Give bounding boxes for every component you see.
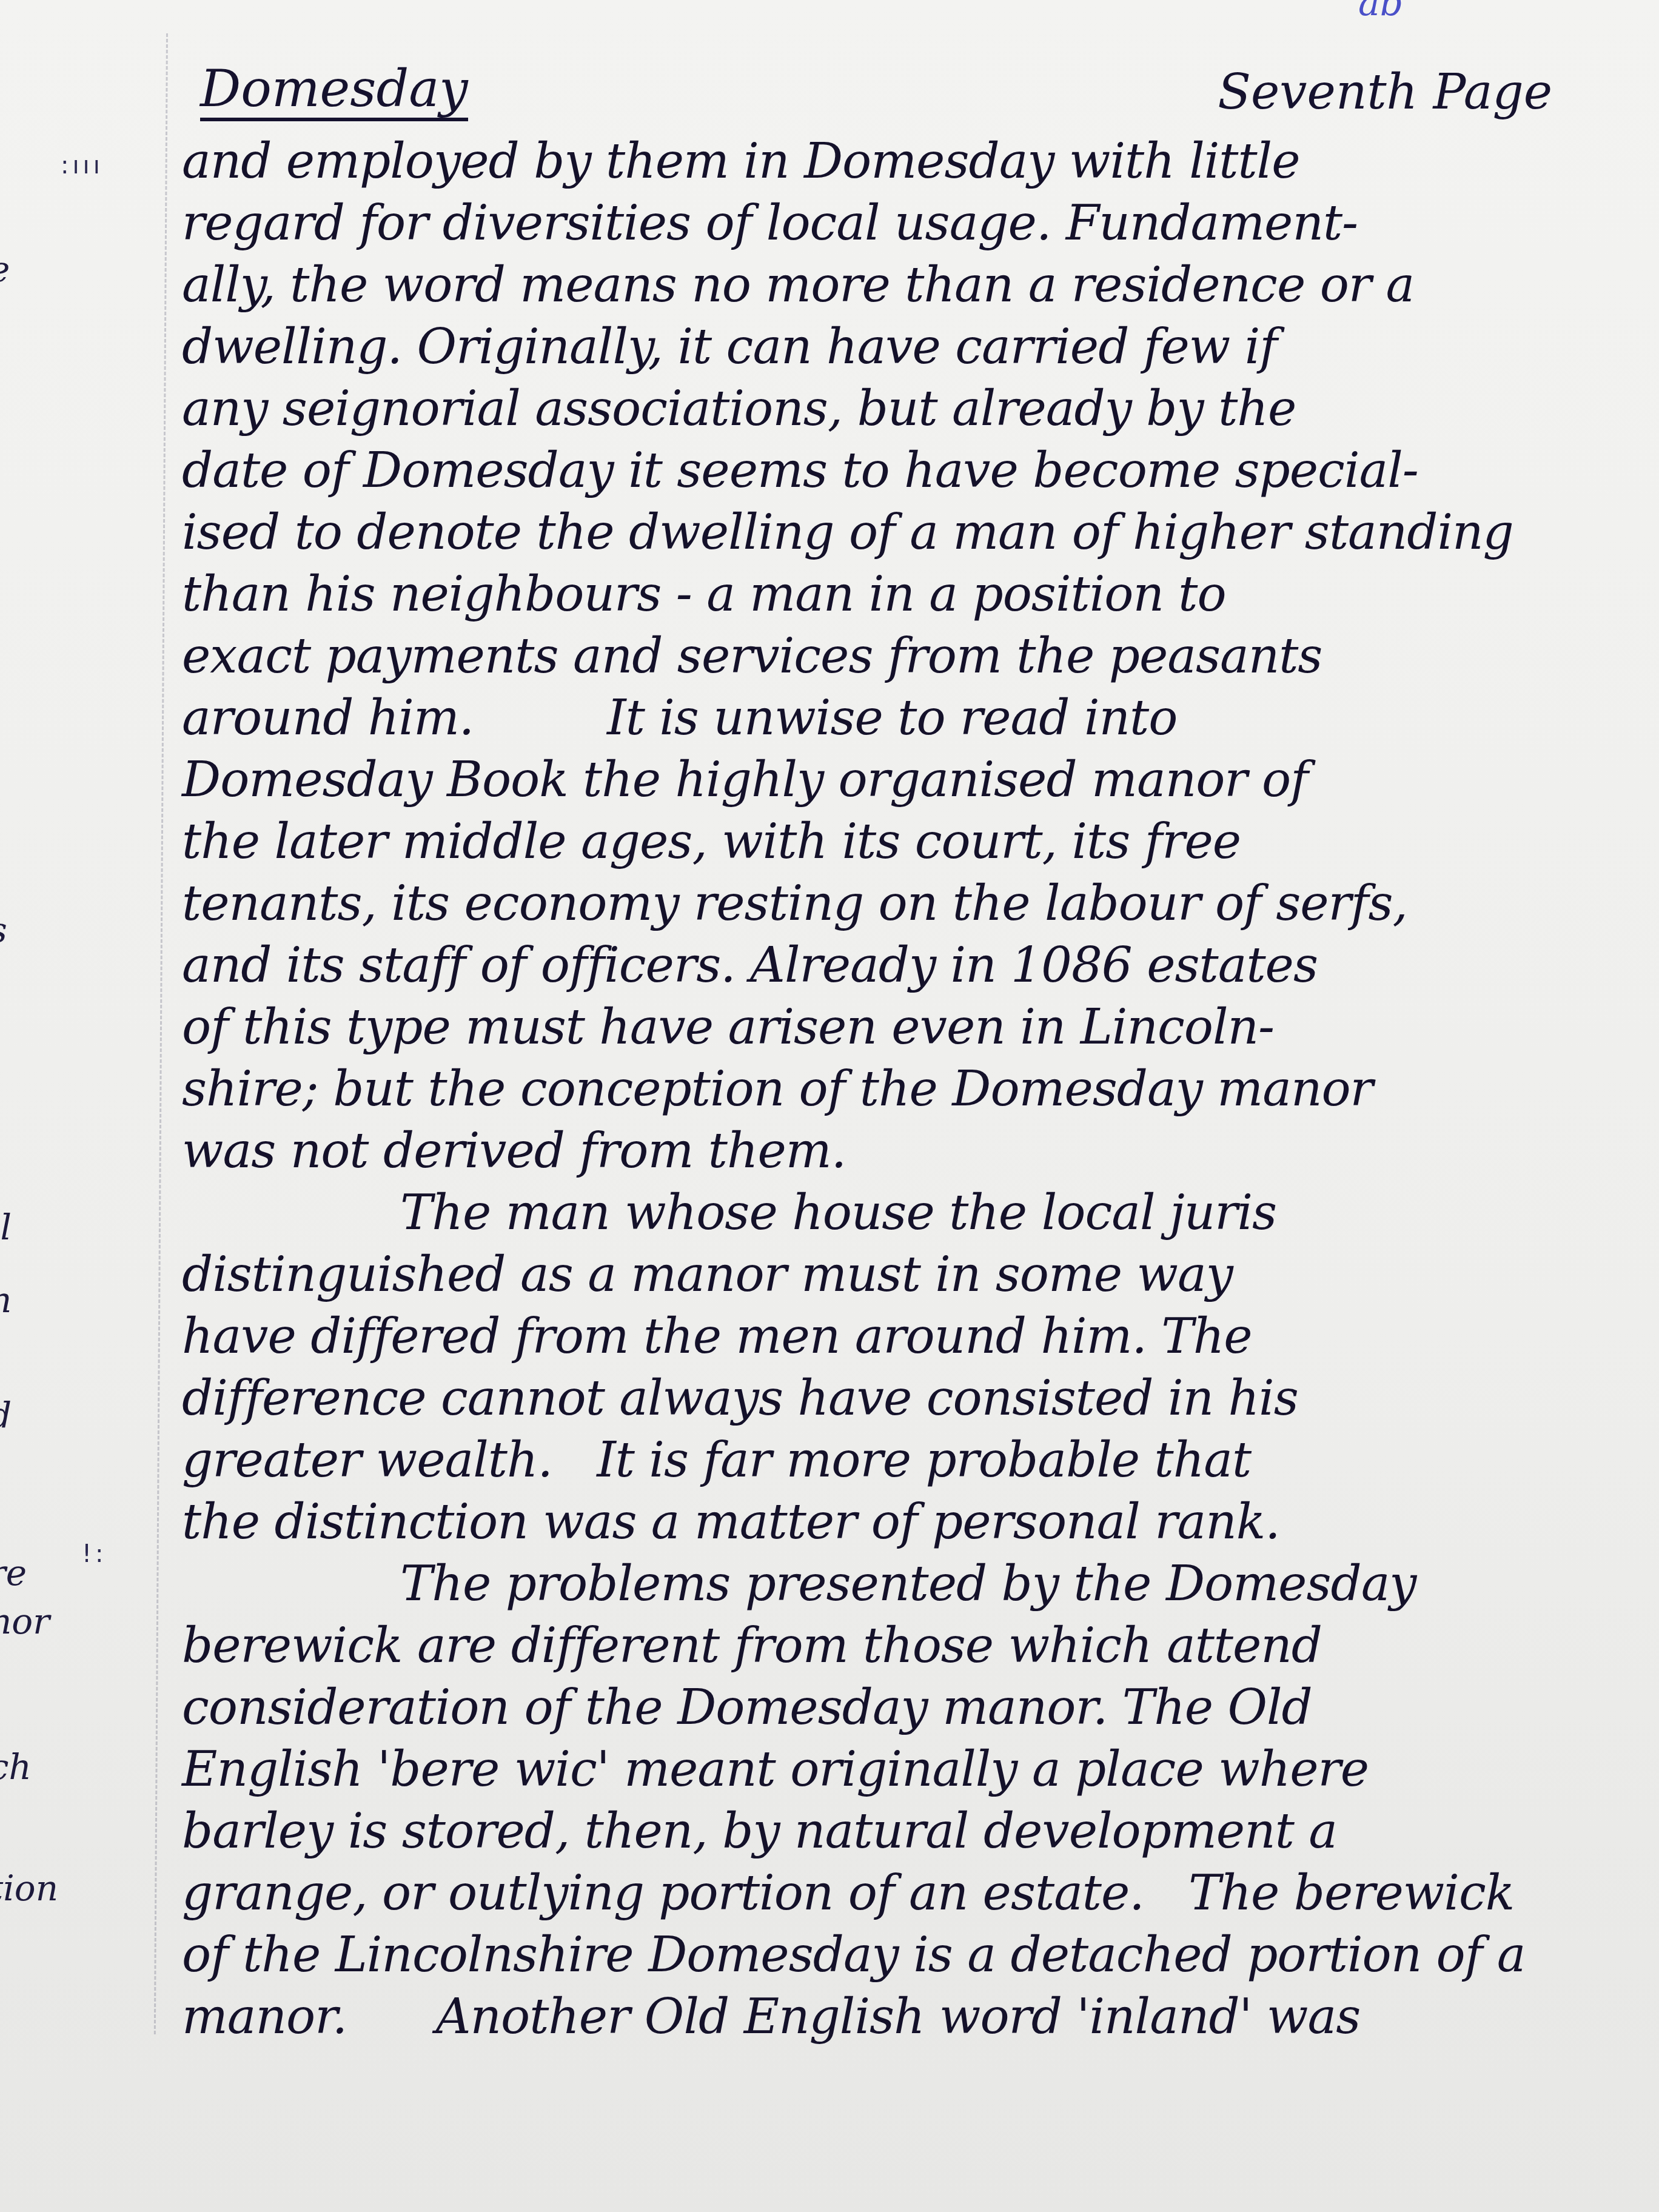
manuscript-line: manor. Another Old English word 'inland'… (182, 1986, 1649, 2048)
manuscript-line: greater wealth. It is far more probable … (182, 1429, 1649, 1491)
page-number-label: Seventh Page (1218, 65, 1552, 119)
manuscript-line: dwelling. Originally, it can have carrie… (182, 316, 1649, 378)
manuscript-line: grange, or outlying portion of an estate… (182, 1862, 1649, 1924)
manuscript-line: consideration of the Domesday manor. The… (182, 1677, 1649, 1738)
margin-tick-marks: !: (82, 1540, 107, 1568)
manuscript-line: date of Domesday it seems to have become… (182, 440, 1649, 501)
stray-ink-mark: ab (1358, 0, 1403, 24)
manuscript-body: and employed by them in Domesday with li… (182, 130, 1649, 2048)
manuscript-line: tenants, its economy resting on the labo… (182, 873, 1649, 934)
manuscript-line: barley is stored, then, by natural devel… (182, 1800, 1649, 1862)
paragraph-start-line: The man whose house the local juris (182, 1182, 1649, 1244)
manuscript-line: any seignorial associations, but already… (182, 378, 1649, 440)
manuscript-line: shire; but the conception of the Domesda… (182, 1058, 1649, 1120)
manuscript-line: berewick are different from those which … (182, 1615, 1649, 1677)
manuscript-line: exact payments and services from the pea… (182, 625, 1649, 687)
margin-tick-marks: :ııı (61, 152, 104, 179)
manuscript-line: have differed from the men around him. T… (182, 1305, 1649, 1367)
margin-fragment: il (0, 1207, 12, 1248)
manuscript-line: and its staff of officers. Already in 10… (182, 934, 1649, 996)
manuscript-line: was not derived from them. (182, 1120, 1649, 1182)
manuscript-line: than his neighbours - a man in a positio… (182, 563, 1649, 625)
margin-fragment: d (0, 1395, 12, 1436)
manuscript-line: around him. It is unwise to read into (182, 687, 1649, 749)
manuscript-line: English 'bere wic' meant originally a pl… (182, 1738, 1649, 1800)
manuscript-line: distinguished as a manor must in some wa… (182, 1244, 1649, 1305)
paper-sheet: ab e s il n d re nor ch tion :ııı !: Dom… (0, 0, 1659, 2212)
margin-rule-line (154, 33, 168, 2034)
left-margin-fragments: e s il n d re nor ch tion (0, 0, 56, 2212)
margin-fragment: ch (0, 1746, 32, 1788)
manuscript-line: regard for diversities of local usage. F… (182, 192, 1649, 254)
paragraph-start-line: The problems presented by the Domesday (182, 1553, 1649, 1615)
page-header: Domesday Seventh Page (194, 61, 1552, 127)
manuscript-line: difference cannot always have consisted … (182, 1367, 1649, 1429)
margin-fragment: nor (0, 1601, 50, 1642)
margin-fragment: re (0, 1552, 27, 1594)
manuscript-line: ally, the word means no more than a resi… (182, 254, 1649, 316)
manuscript-line: and employed by them in Domesday with li… (182, 130, 1649, 192)
manuscript-line: Domesday Book the highly organised manor… (182, 749, 1649, 811)
manuscript-line: of the Lincolnshire Domesday is a detach… (182, 1924, 1649, 1986)
margin-fragment: tion (0, 1868, 58, 1909)
margin-fragment: n (0, 1279, 12, 1321)
manuscript-line: the distinction was a matter of personal… (182, 1491, 1649, 1553)
margin-fragment: e (0, 249, 10, 290)
manuscript-line: the later middle ages, with its court, i… (182, 811, 1649, 873)
document-title: Domesday (200, 61, 468, 121)
margin-fragment: s (0, 910, 7, 951)
manuscript-line: ised to denote the dwelling of a man of … (182, 501, 1649, 563)
manuscript-line: of this type must have arisen even in Li… (182, 996, 1649, 1058)
